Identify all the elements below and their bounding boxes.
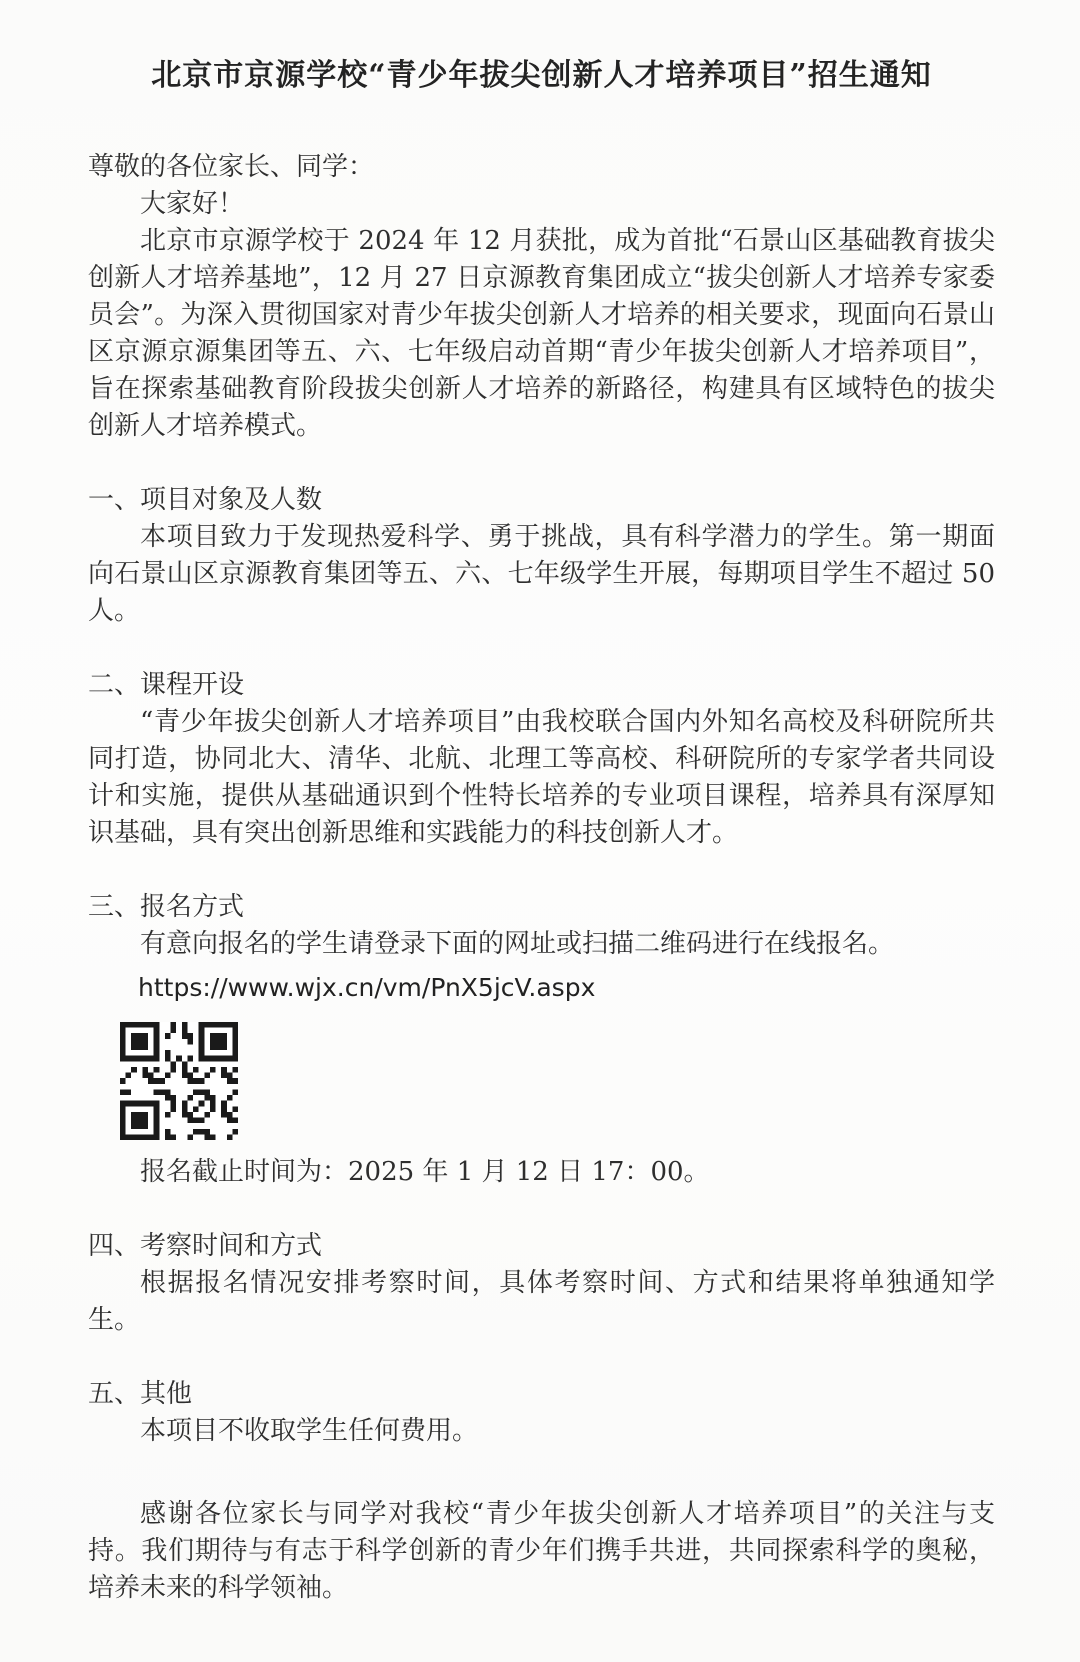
section-heading-5: 五、其他 — [88, 1376, 995, 1413]
registration-deadline: 报名截止时间为：2025 年 1 月 12 日 17：00。 — [140, 1154, 995, 1191]
qr-code-icon — [120, 1022, 238, 1140]
closing-paragraph: 感谢各位家长与同学对我校“青少年拔尖创新人才培养项目”的关注与支持。我们期待与有… — [88, 1496, 995, 1607]
section-heading-3: 三、报名方式 — [88, 889, 995, 926]
page-title: 北京市京源学校“青少年拔尖创新人才培养项目”招生通知 — [88, 50, 995, 94]
section-courses: 二、课程开设 “青少年拔尖创新人才培养项目”由我校联合国内外知名高校及科研院所共… — [88, 667, 995, 852]
section-registration: 三、报名方式 有意向报名的学生请登录下面的网址或扫描二维码进行在线报名。 htt… — [88, 889, 995, 1191]
section-heading-4: 四、考察时间和方式 — [88, 1228, 995, 1265]
section-other: 五、其他 本项目不收取学生任何费用。 — [88, 1376, 995, 1450]
greeting-line: 大家好！ — [88, 186, 995, 223]
section-project-target: 一、项目对象及人数 本项目致力于发现热爱科学、勇于挑战，具有科学潜力的学生。第一… — [88, 482, 995, 630]
registration-url: https://www.wjx.cn/vm/PnX5jcV.aspx — [138, 969, 995, 1006]
intro-paragraph: 北京市京源学校于 2024 年 12 月获批，成为首批“石景山区基础教育拔尖创新… — [88, 223, 995, 445]
section-body-5: 本项目不收取学生任何费用。 — [88, 1413, 995, 1450]
salutation-line: 尊敬的各位家长、同学： — [88, 149, 995, 186]
section-body-4: 根据报名情况安排考察时间，具体考察时间、方式和结果将单独通知学生。 — [88, 1265, 995, 1339]
section-assessment: 四、考察时间和方式 根据报名情况安排考察时间，具体考察时间、方式和结果将单独通知… — [88, 1228, 995, 1339]
section-body-2: “青少年拔尖创新人才培养项目”由我校联合国内外知名高校及科研院所共同打造，协同北… — [88, 704, 995, 852]
document-page: 北京市京源学校“青少年拔尖创新人才培养项目”招生通知 尊敬的各位家长、同学： 大… — [0, 0, 1080, 1662]
section-body-1: 本项目致力于发现热爱科学、勇于挑战，具有科学潜力的学生。第一期面向石景山区京源教… — [88, 519, 995, 630]
section-body-3: 有意向报名的学生请登录下面的网址或扫描二维码进行在线报名。 — [88, 926, 995, 963]
section-heading-1: 一、项目对象及人数 — [88, 482, 995, 519]
section-heading-2: 二、课程开设 — [88, 667, 995, 704]
